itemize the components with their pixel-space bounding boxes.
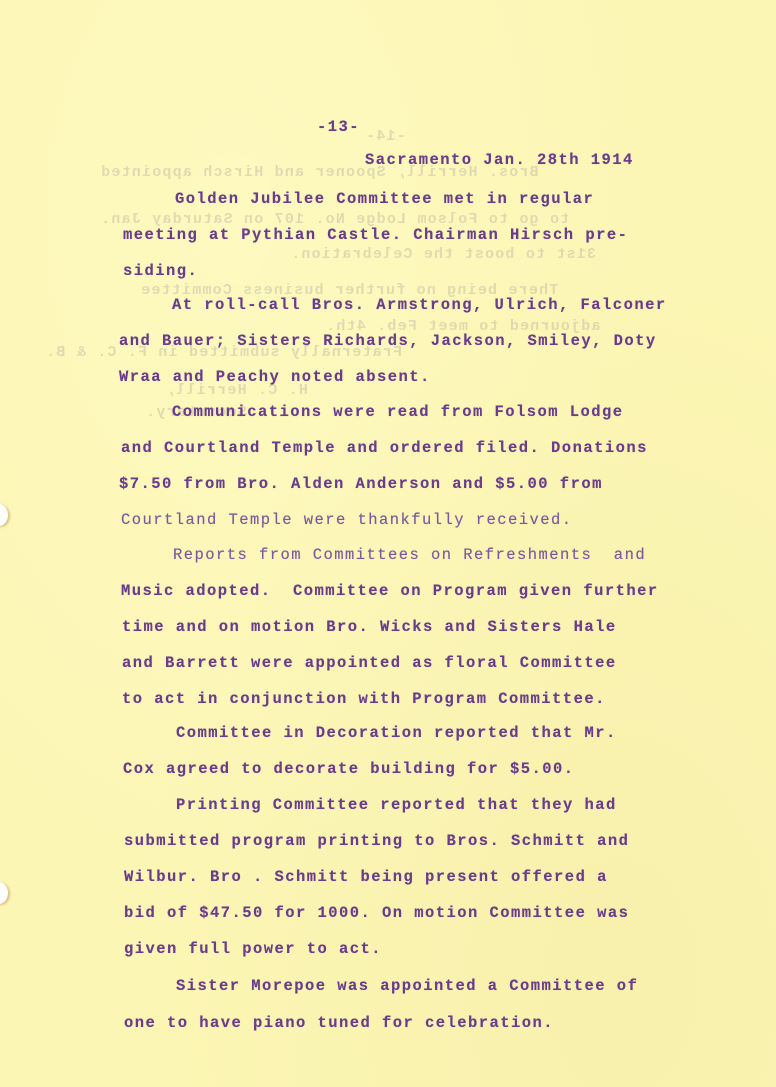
punch-hole-lower bbox=[0, 882, 8, 904]
text-line: Printing Committee reported that they ha… bbox=[176, 796, 617, 814]
bleed-through-line: 31st to boost the Celebration. bbox=[290, 246, 596, 263]
text-line: siding. bbox=[123, 262, 198, 280]
text-line: Reports from Committees on Refreshments … bbox=[173, 546, 646, 564]
text-line: Cox agreed to decorate building for $5.0… bbox=[123, 760, 575, 778]
text-line: Courtland Temple were thankfully receive… bbox=[121, 511, 573, 529]
date-line: Sacramento Jan. 28th 1914 bbox=[365, 151, 634, 169]
text-line: Music adopted. Committee on Program give… bbox=[121, 582, 659, 600]
text-line: submitted program printing to Bros. Schm… bbox=[124, 832, 629, 850]
text-line: and Courtland Temple and ordered filed. … bbox=[121, 439, 648, 457]
text-line: Sister Morepoe was appointed a Committee… bbox=[176, 977, 638, 995]
text-line: $7.50 from Bro. Alden Anderson and $5.00… bbox=[119, 475, 603, 493]
text-line: Wilbur. Bro . Schmitt being present offe… bbox=[124, 868, 608, 886]
text-line: one to have piano tuned for celebration. bbox=[124, 1014, 554, 1032]
bleed-through-page-number: -14- bbox=[365, 128, 406, 145]
text-line: At roll-call Bros. Armstrong, Ulrich, Fa… bbox=[172, 296, 667, 314]
punch-hole-upper bbox=[0, 504, 8, 526]
text-line: meeting at Pythian Castle. Chairman Hirs… bbox=[123, 226, 628, 244]
page-number: -13- bbox=[317, 118, 360, 136]
text-line: and Bauer; Sisters Richards, Jackson, Sm… bbox=[119, 332, 657, 350]
text-line: given full power to act. bbox=[124, 940, 382, 958]
text-line: Committee in Decoration reported that Mr… bbox=[176, 724, 617, 742]
text-line: Wraa and Peachy noted absent. bbox=[119, 368, 431, 386]
text-line: bid of $47.50 for 1000. On motion Commit… bbox=[124, 904, 629, 922]
text-line: Communications were read from Folsom Lod… bbox=[172, 403, 624, 421]
text-line: to act in conjunction with Program Commi… bbox=[122, 690, 606, 708]
text-line: Golden Jubilee Committee met in regular bbox=[175, 190, 594, 208]
text-line: and Barrett were appointed as floral Com… bbox=[122, 654, 617, 672]
document-page: -14- Bros. Herrill, Spooner and Hirsch a… bbox=[0, 0, 776, 1087]
text-line: time and on motion Bro. Wicks and Sister… bbox=[122, 618, 617, 636]
